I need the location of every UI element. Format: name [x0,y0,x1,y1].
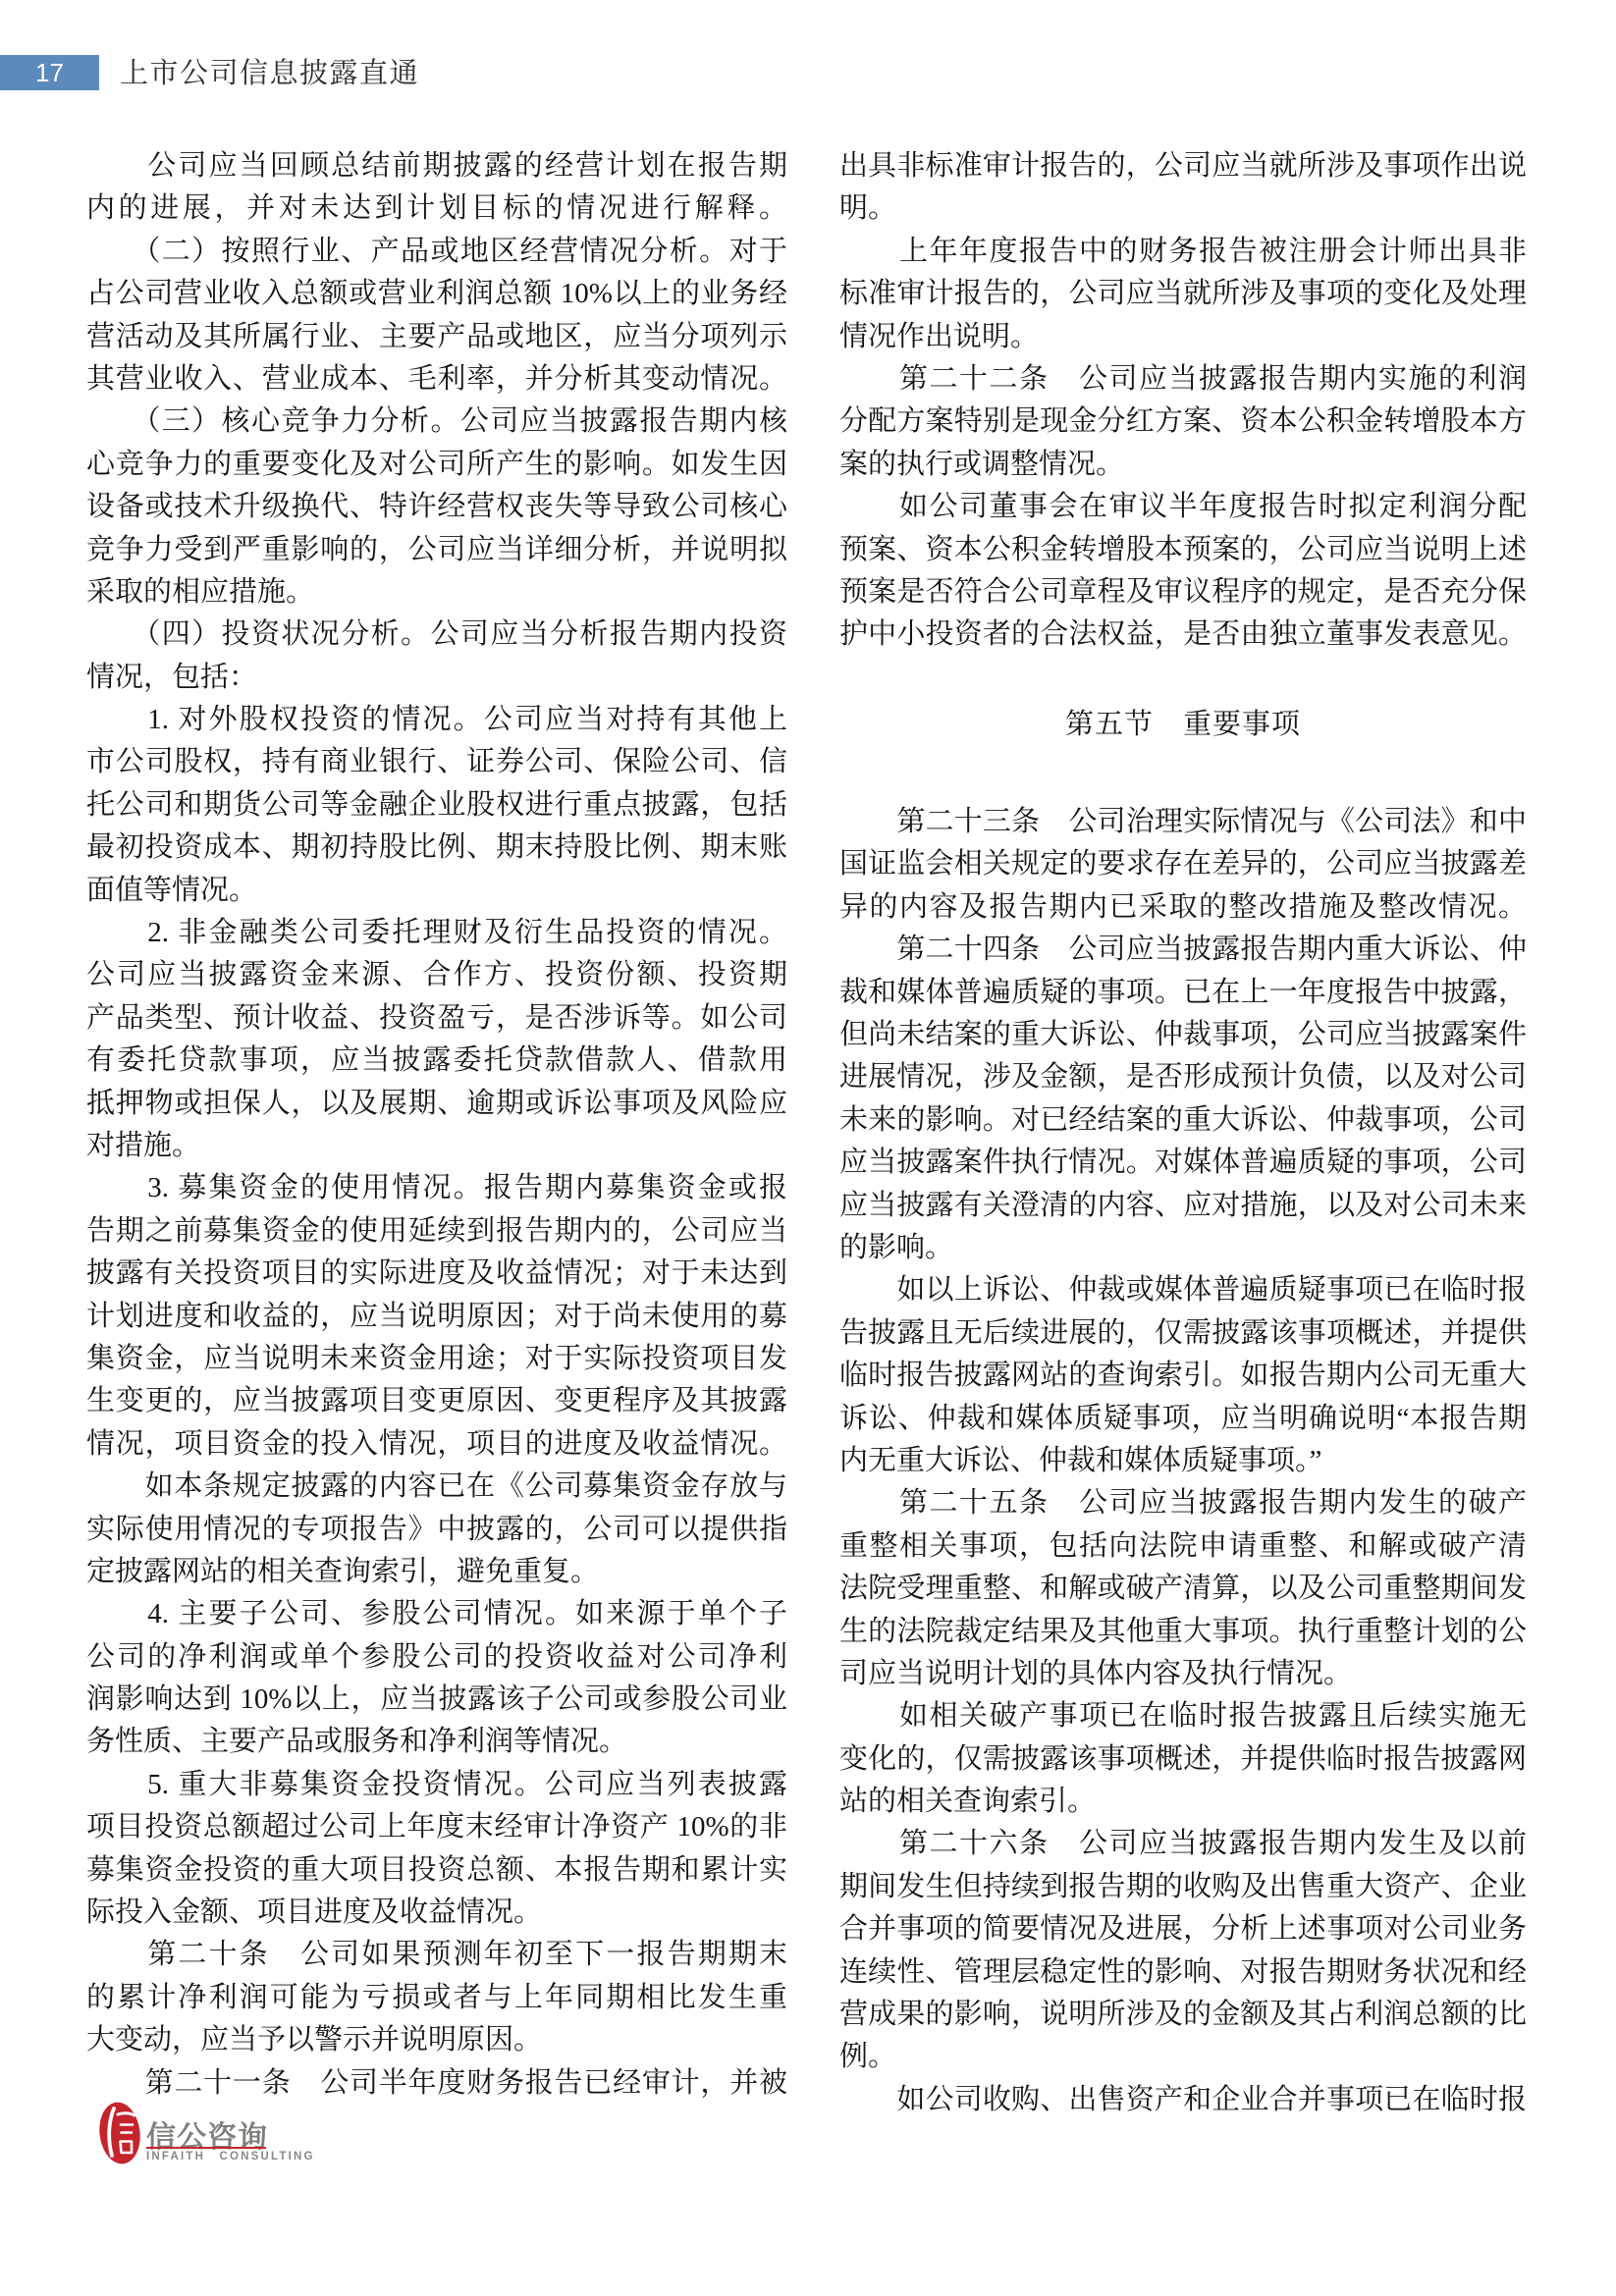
text-line: 采取的相应措施。 [86,571,787,614]
text-line: 第二十五条 公司应当披露报告期内发生的破产 [839,1482,1527,1524]
text-line: 第二十条 公司如果预测年初至下一报告期期末 [86,1934,787,1976]
text-line: 标准审计报告的，公司应当就所涉及事项的变化及处理 [839,273,1527,315]
text-line: 生变更的，应当披露项目变更原因、变更程序及其披露 [86,1380,787,1422]
footer-logo: 信公咨询 INFAITH CONSULTING [99,2102,413,2180]
text-line: 如公司董事会在审议半年度报告时拟定利润分配 [839,486,1527,528]
text-line: 公司应当回顾总结前期披露的经营计划在报告期 [86,145,787,187]
text-line: 的累计净利润可能为亏损或者与上年同期相比发生重 [86,1977,787,2019]
text-line: 异的内容及报告期内已采取的整改措施及整改情况。 [839,886,1527,929]
text-line: 生的法院裁定结果及其他重大事项。执行重整计划的公 [839,1611,1527,1653]
paragraph-block: 公司应当回顾总结前期披露的经营计划在报告期内的进展，并对未达到计划目标的情况进行… [86,145,787,2105]
right-column: 出具非标准审计报告的，公司应当就所涉及事项作出说明。 上年年度报告中的财务报告被… [839,145,1527,2121]
text-line: 1. 对外股权投资的情况。公司应当对持有其他上 [86,699,787,741]
text-line: 内无重大诉讼、仲裁和媒体质疑事项。” [839,1440,1527,1482]
text-line: 第二十三条 公司治理实际情况与《公司法》和中 [839,801,1527,843]
text-line: 第二十一条 公司半年度财务报告已经审计，并被 [86,2062,787,2105]
logo-name-cn: 信公咨询 [146,2112,268,2156]
text-line: 大变动，应当予以警示并说明原因。 [86,2019,787,2061]
page-title: 上市公司信息披露直通 [120,55,419,91]
text-line: 上年年度报告中的财务报告被注册会计师出具非 [839,231,1527,273]
text-line: 项目投资总额超过公司上年度末经审计净资产 10%的非 [86,1806,787,1848]
text-line: 告披露且无后续进展的，仅需披露该事项概述，并提供 [839,1312,1527,1355]
text-line: 法院受理重整、和解或破产清算，以及公司重整期间发 [839,1568,1527,1610]
text-line: 合并事项的简要情况及进展，分析上述事项对公司业务 [839,1908,1527,1950]
text-line: 但尚未结案的重大诉讼、仲裁事项，公司应当披露案件 [839,1014,1527,1056]
text-line: （四）投资状况分析。公司应当分析报告期内投资 [86,614,787,656]
text-line: 如公司收购、出售资产和企业合并事项已在临时报 [839,2079,1527,2121]
logo-name-en: INFAITH CONSULTING [146,2151,315,2163]
text-line: 心竞争力的重要变化及对公司所产生的影响。如发生因 [86,444,787,486]
text-line: 对措施。 [86,1125,787,1167]
logo-seal-icon [99,2102,140,2164]
paragraph-block: 第二十三条 公司治理实际情况与《公司法》和中国证监会相关规定的要求存在差异的，公… [839,801,1527,2121]
text-line: 分配方案特别是现金分红方案、资本公积金转增股本方 [839,400,1527,443]
text-line: 占公司营业收入总额或营业利润总额 10%以上的业务经 [86,273,787,315]
text-line: 集资金，应当说明未来资金用途；对于实际投资项目发 [86,1338,787,1380]
text-line: 情况，项目资金的投入情况，项目的进度及收益情况。 [86,1423,787,1466]
text-line: 如本条规定披露的内容已在《公司募集资金存放与 [86,1466,787,1508]
text-line: 诉讼、仲裁和媒体质疑事项，应当明确说明“本报告期 [839,1398,1527,1440]
text-line: 定披露网站的相关查询索引，避免重复。 [86,1551,787,1593]
section-heading: 第五节 重要事项 [839,704,1527,746]
text-line: 护中小投资者的合法权益，是否由独立董事发表意见。 [839,614,1527,656]
text-line: （三）核心竞争力分析。公司应当披露报告期内核 [86,400,787,443]
text-line: （二）按照行业、产品或地区经营情况分析。对于 [86,231,787,273]
text-line: 临时报告披露网站的查询索引。如报告期内公司无重大 [839,1355,1527,1397]
text-line: 营成果的影响，说明所涉及的金额及其占利润总额的比 [839,1994,1527,2036]
logo-underline-divider [146,2147,266,2149]
text-line: 计划进度和收益的，应当说明原因；对于尚未使用的募 [86,1296,787,1338]
text-line: 裁和媒体普遍质疑的事项。已在上一年度报告中披露， [839,972,1527,1014]
text-line: 产品类型、预计收益、投资盈亏，是否涉诉等。如公司 [86,997,787,1040]
text-line: 实际使用情况的专项报告》中披露的，公司可以提供指 [86,1509,787,1551]
text-line: 应当披露案件执行情况。对媒体普遍质疑的事项，公司 [839,1142,1527,1184]
text-line: 连续性、管理层稳定性的影响、对报告期财务状况和经 [839,1951,1527,1994]
paragraph-block: 出具非标准审计报告的，公司应当就所涉及事项作出说明。 上年年度报告中的财务报告被… [839,145,1527,657]
text-line: 募集资金投资的重大项目投资总额、本报告期和累计实 [86,1849,787,1892]
text-line: 3. 募集资金的使用情况。报告期内募集资金或报 [86,1167,787,1209]
text-line: 站的相关查询索引。 [839,1781,1527,1823]
text-line: 务性质、主要产品或服务和净利润等情况。 [86,1721,787,1763]
text-line: 营活动及其所属行业、主要产品或地区，应当分项列示 [86,316,787,358]
text-line: 披露有关投资项目的实际进度及收益情况；对于未达到 [86,1253,787,1295]
text-line: 第二十二条 公司应当披露报告期内实施的利润 [839,358,1527,400]
text-line: 面值等情况。 [86,870,787,912]
text-line: 托公司和期货公司等金融企业股权进行重点披露，包括 [86,784,787,827]
text-line: 5. 重大非募集资金投资情况。公司应当列表披露 [86,1764,787,1806]
text-line: 预案是否符合公司章程及审议程序的规定，是否充分保 [839,571,1527,614]
text-line: 情况作出说明。 [839,316,1527,358]
text-line: 期间发生但持续到报告期的收购及出售重大资产、企业 [839,1866,1527,1908]
text-line: 抵押物或担保人，以及展期、逾期或诉讼事项及风险应 [86,1083,787,1125]
text-line: 其营业收入、营业成本、毛利率，并分析其变动情况。 [86,358,787,400]
text-line: 如相关破产事项已在临时报告披露且后续实施无 [839,1695,1527,1737]
text-line: 告期之前募集资金的使用延续到报告期内的，公司应当 [86,1210,787,1253]
text-line: 进展情况，涉及金额，是否形成预计负债，以及对公司 [839,1056,1527,1098]
text-line: 情况，包括： [86,657,787,699]
text-line: 预案、资本公积金转增股本预案的，公司应当说明上述 [839,529,1527,571]
text-line: 应当披露有关澄清的内容、应对措施，以及对公司未来 [839,1185,1527,1227]
document-page: 17 上市公司信息披露直通 公司应当回顾总结前期披露的经营计划在报告期内的进展，… [0,0,1616,2296]
text-line: 案的执行或调整情况。 [839,444,1527,486]
text-line: 公司的净利润或单个参股公司的投资收益对公司净利 [86,1636,787,1679]
text-line: 公司应当披露资金来源、合作方、投资份额、投资期限、 [86,954,787,996]
text-line: 如以上诉讼、仲裁或媒体普遍质疑事项已在临时报 [839,1269,1527,1311]
text-line: 例。 [839,2036,1527,2078]
text-line: 内的进展，并对未达到计划目标的情况进行解释。 [86,187,787,230]
text-line: 的影响。 [839,1227,1527,1269]
text-line: 变化的，仅需披露该事项概述，并提供临时报告披露网 [839,1738,1527,1781]
text-line: 最初投资成本、期初持股比例、期末持股比例、期末账 [86,827,787,869]
left-column: 公司应当回顾总结前期披露的经营计划在报告期内的进展，并对未达到计划目标的情况进行… [86,145,787,2105]
page-number-badge: 17 [0,55,99,90]
text-line: 国证监会相关规定的要求存在差异的，公司应当披露差 [839,843,1527,885]
text-line: 际投入金额、项目进度及收益情况。 [86,1892,787,1934]
text-line: 未来的影响。对已经结案的重大诉讼、仲裁事项，公司 [839,1099,1527,1142]
text-line: 2. 非金融类公司委托理财及衍生品投资的情况。 [86,912,787,954]
text-line: 司应当说明计划的具体内容及执行情况。 [839,1653,1527,1695]
text-line: 重整相关事项，包括向法院申请重整、和解或破产清算， [839,1525,1527,1568]
text-line: 第二十六条 公司应当披露报告期内发生及以前 [839,1823,1527,1865]
text-line: 润影响达到 10%以上，应当披露该子公司或参股公司业 [86,1679,787,1721]
text-line: 有委托贷款事项，应当披露委托贷款借款人、借款用途、 [86,1040,787,1082]
text-line: 设备或技术升级换代、特许经营权丧失等导致公司核心 [86,486,787,528]
text-line: 第二十四条 公司应当披露报告期内重大诉讼、仲 [839,929,1527,971]
text-line: 明。 [839,187,1527,230]
page-number: 17 [35,58,64,88]
text-line: 出具非标准审计报告的，公司应当就所涉及事项作出说 [839,145,1527,187]
text-line: 竞争力受到严重影响的，公司应当详细分析，并说明拟 [86,529,787,571]
text-line: 4. 主要子公司、参股公司情况。如来源于单个子 [86,1593,787,1635]
text-line: 市公司股权，持有商业银行、证券公司、保险公司、信 [86,741,787,783]
